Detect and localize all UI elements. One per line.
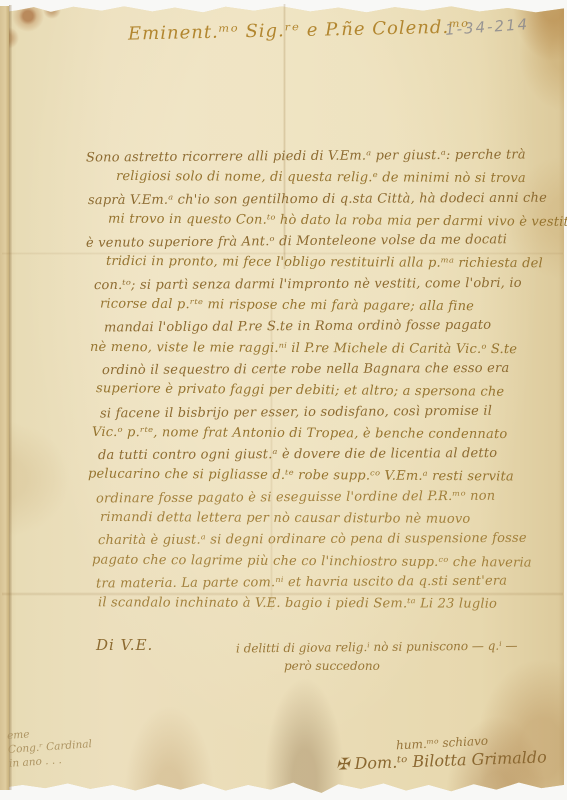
- letter-line: pelucarino che si pigliasse d.ᵗᵉ robe su…: [88, 464, 516, 488]
- letter-closing: Di V.E.: [96, 636, 153, 654]
- letter-body: Sono astretto ricorrere alli piedi di V.…: [86, 146, 516, 615]
- letter-line: ordinare fosse pagato è si eseguisse l'o…: [96, 485, 516, 509]
- letter-line: rimandi detta lettera per nò causar dist…: [100, 507, 516, 530]
- letter-line: il scandalo inchinato à V.E. bagio i pie…: [98, 593, 516, 616]
- letter-line: charità è giust.ᵃ si degni ordinare cò p…: [98, 528, 516, 551]
- crease-line-left: [9, 5, 12, 790]
- letter-line: superiore è privato faggi per debiti; et…: [96, 378, 516, 403]
- letter-line: nè meno, viste le mie raggi.ⁿⁱ il P.re M…: [90, 337, 516, 361]
- letter-line: si facene il bisbrijo per esser, io sodi…: [100, 400, 516, 424]
- document-scan: 1-34-214 Eminent.ᵐᵒ Sig.ʳᵉ e P.ñe Colend…: [0, 0, 567, 800]
- margin-note-line-1: i delitti di giova relig.ⁱ nò si punisco…: [236, 639, 518, 656]
- margin-note-line-2: però succedono: [284, 659, 380, 673]
- corner-annotation: eme Cong.ʳ Cardinal in ano . . .: [7, 723, 94, 771]
- paper-folded-edge: [0, 6, 9, 790]
- letter-line: tra materia. La parte com.ⁿⁱ et havria u…: [96, 570, 516, 594]
- letter-line: saprà V.Em.ᵃ ch'io son gentilhomo di q.s…: [88, 187, 516, 211]
- letter-line: pagato che co lagrime più che co l'inchi…: [92, 549, 516, 573]
- letter-line: mandai l'obligo dal P.re S.te in Roma or…: [104, 315, 516, 339]
- letter-line: religiosi solo di nome, di questa relig.…: [116, 166, 516, 189]
- letter-line: con.ᵗᵒ; si partì senza darmi l'impronto …: [94, 273, 516, 297]
- letter-line: tridici in pronto, mi fece l'obligo rest…: [106, 251, 516, 274]
- letter-line: Vic.ᵒ p.ʳᵗᵉ, nome frat Antonio di Tropea…: [92, 422, 516, 446]
